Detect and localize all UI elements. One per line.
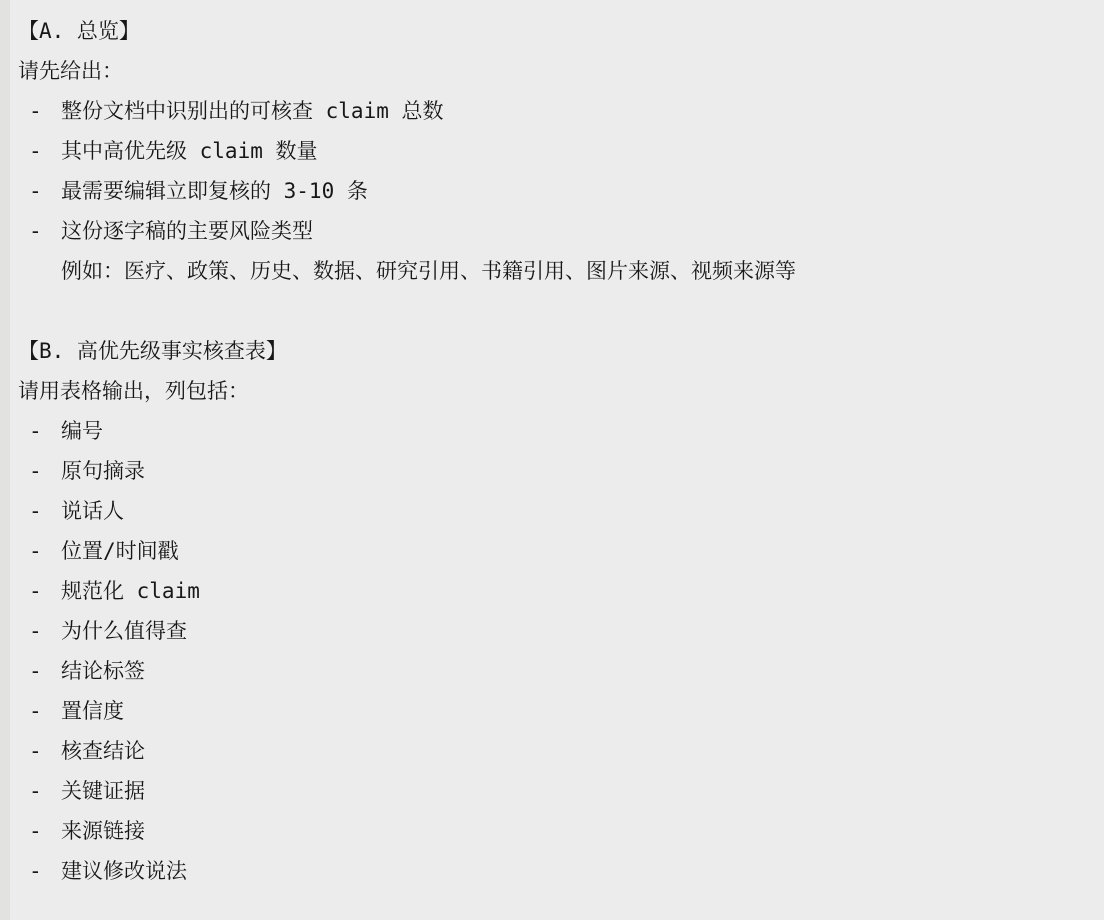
bullet-text: 规范化 claim — [61, 571, 1084, 611]
bullet-marker: - — [18, 171, 61, 211]
bullet-marker: - — [18, 131, 61, 171]
bullet-text: 来源链接 — [61, 811, 1084, 851]
section-b-bullet-11: - 来源链接 — [18, 811, 1084, 851]
bullet-marker: - — [18, 851, 61, 891]
bullet-text: 编号 — [61, 411, 1084, 451]
bullet-text: 其中高优先级 claim 数量 — [61, 131, 1084, 171]
section-b-bullet-10: - 关键证据 — [18, 771, 1084, 811]
bullet-marker: - — [18, 611, 61, 651]
bullet-marker: - — [18, 571, 61, 611]
bullet-marker: - — [18, 731, 61, 771]
bullet-text: 建议修改说法 — [61, 851, 1084, 891]
section-b-bullet-12: - 建议修改说法 — [18, 851, 1084, 891]
bullet-text: 说话人 — [61, 491, 1084, 531]
section-b-heading: 【B. 高优先级事实核查表】 — [18, 331, 1084, 371]
section-a-bullet-4: - 这份逐字稿的主要风险类型 — [18, 211, 1084, 251]
section-a-intro: 请先给出： — [18, 51, 1084, 91]
bullet-marker: - — [18, 771, 61, 811]
bullet-text: 置信度 — [61, 691, 1084, 731]
bullet-marker: - — [18, 411, 61, 451]
section-b-bullet-3: - 说话人 — [18, 491, 1084, 531]
section-a-heading: 【A. 总览】 — [18, 11, 1084, 51]
section-a-bullet-1: - 整份文档中识别出的可核查 claim 总数 — [18, 91, 1084, 131]
bullet-marker: - — [18, 691, 61, 731]
bullet-marker: - — [18, 91, 61, 131]
bullet-text: 结论标签 — [61, 651, 1084, 691]
left-edge-strip — [0, 0, 10, 920]
section-b-bullet-2: - 原句摘录 — [18, 451, 1084, 491]
bullet-text: 为什么值得查 — [61, 611, 1084, 651]
section-b-bullet-1: - 编号 — [18, 411, 1084, 451]
section-b-bullet-5: - 规范化 claim — [18, 571, 1084, 611]
section-a-bullet-3: - 最需要编辑立即复核的 3-10 条 — [18, 171, 1084, 211]
section-b-bullet-9: - 核查结论 — [18, 731, 1084, 771]
bullet-text: 位置/时间戳 — [61, 531, 1084, 571]
section-a-bullet-2: - 其中高优先级 claim 数量 — [18, 131, 1084, 171]
bullet-marker: - — [18, 491, 61, 531]
bullet-marker: - — [18, 211, 61, 251]
section-b-bullet-6: - 为什么值得查 — [18, 611, 1084, 651]
section-b-bullet-8: - 置信度 — [18, 691, 1084, 731]
prompt-text-block: 【A. 总览】 请先给出： - 整份文档中识别出的可核查 claim 总数 - … — [10, 0, 1104, 891]
blank-line — [18, 291, 1084, 331]
section-a-example-line: 例如：医疗、政策、历史、数据、研究引用、书籍引用、图片来源、视频来源等 — [18, 251, 1084, 291]
section-b-intro: 请用表格输出，列包括： — [18, 371, 1084, 411]
bullet-text: 原句摘录 — [61, 451, 1084, 491]
bullet-marker: - — [18, 531, 61, 571]
bullet-text: 关键证据 — [61, 771, 1084, 811]
bullet-text: 这份逐字稿的主要风险类型 — [61, 211, 1084, 251]
section-b-bullet-4: - 位置/时间戳 — [18, 531, 1084, 571]
bullet-text: 核查结论 — [61, 731, 1084, 771]
bullet-marker: - — [18, 651, 61, 691]
bullet-marker: - — [18, 811, 61, 851]
bullet-marker: - — [18, 451, 61, 491]
bullet-text: 整份文档中识别出的可核查 claim 总数 — [61, 91, 1084, 131]
bullet-text: 最需要编辑立即复核的 3-10 条 — [61, 171, 1084, 211]
section-b-bullet-7: - 结论标签 — [18, 651, 1084, 691]
